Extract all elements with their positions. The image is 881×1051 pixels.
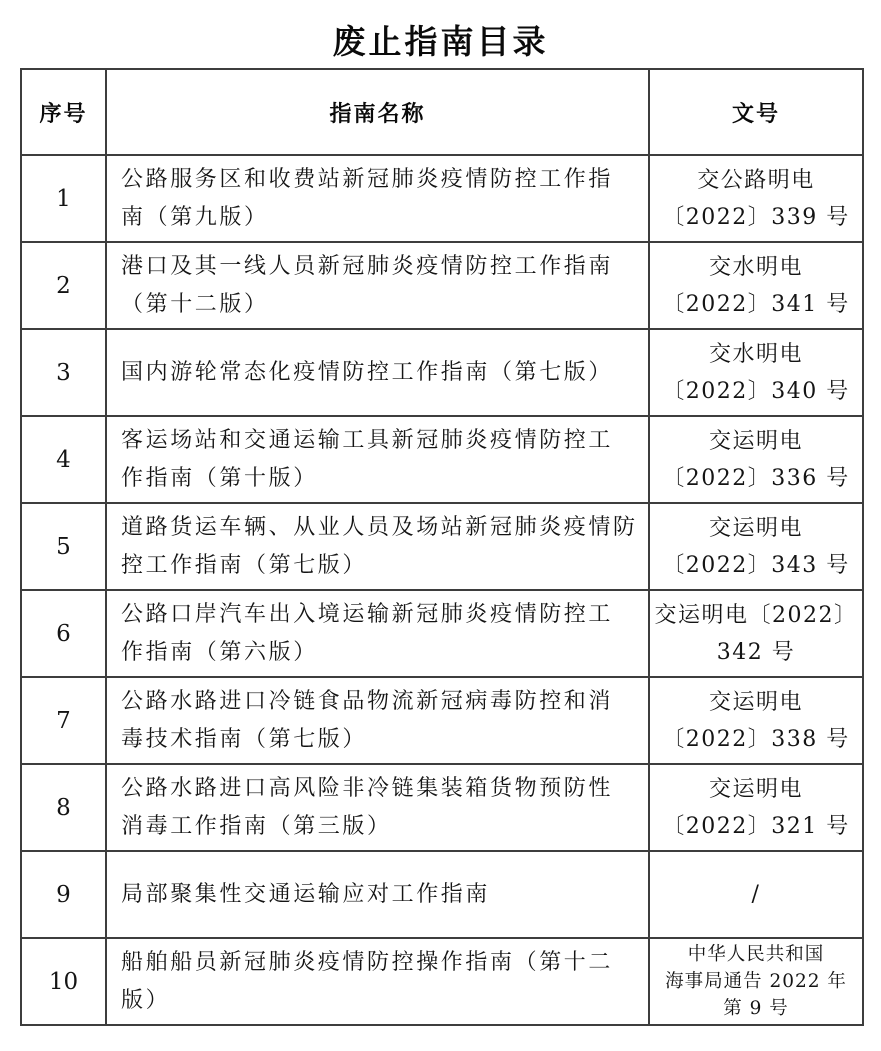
serial-number: 2 <box>21 242 106 329</box>
table-row: 4 客运场站和交通运输工具新冠肺炎疫情防控工 作指南（第十版） 交运明电 〔20… <box>21 416 863 503</box>
serial-number: 10 <box>21 938 106 1025</box>
table-row: 9 局部聚集性交通运输应对工作指南 / <box>21 851 863 938</box>
table-row: 1 公路服务区和收费站新冠肺炎疫情防控工作指 南（第九版） 交公路明电 〔202… <box>21 155 863 242</box>
guideline-name: 公路水路进口冷链食品物流新冠病毒防控和消 毒技术指南（第七版） <box>106 677 649 764</box>
guideline-name: 公路水路进口高风险非冷链集装箱货物预防性 消毒工作指南（第三版） <box>106 764 649 851</box>
document-number: 交运明电〔2022〕 342 号 <box>649 590 863 677</box>
document-number: 交运明电 〔2022〕338 号 <box>649 677 863 764</box>
document-number: 交运明电 〔2022〕321 号 <box>649 764 863 851</box>
document-page: 废止指南目录 序号 指南名称 文号 1 公路服务区和收费站新冠肺炎疫情防控工作指… <box>0 0 881 1051</box>
header-guideline-name: 指南名称 <box>106 69 649 155</box>
table-row: 8 公路水路进口高风险非冷链集装箱货物预防性 消毒工作指南（第三版） 交运明电 … <box>21 764 863 851</box>
document-number: 交运明电 〔2022〕343 号 <box>649 503 863 590</box>
table-header-row: 序号 指南名称 文号 <box>21 69 863 155</box>
serial-number: 9 <box>21 851 106 938</box>
table-row: 2 港口及其一线人员新冠肺炎疫情防控工作指南 （第十二版） 交水明电 〔2022… <box>21 242 863 329</box>
page-title: 废止指南目录 <box>0 16 881 63</box>
document-number: 交水明电 〔2022〕341 号 <box>649 242 863 329</box>
serial-number: 3 <box>21 329 106 416</box>
guideline-name: 船舶船员新冠肺炎疫情防控操作指南（第十二 版） <box>106 938 649 1025</box>
guideline-name: 公路服务区和收费站新冠肺炎疫情防控工作指 南（第九版） <box>106 155 649 242</box>
guideline-name: 客运场站和交通运输工具新冠肺炎疫情防控工 作指南（第十版） <box>106 416 649 503</box>
document-number: 中华人民共和国 海事局通告 2022 年 第 9 号 <box>649 938 863 1025</box>
header-document-number: 文号 <box>649 69 863 155</box>
document-number: 交水明电 〔2022〕340 号 <box>649 329 863 416</box>
serial-number: 1 <box>21 155 106 242</box>
guideline-name: 港口及其一线人员新冠肺炎疫情防控工作指南 （第十二版） <box>106 242 649 329</box>
table-row: 6 公路口岸汽车出入境运输新冠肺炎疫情防控工 作指南（第六版） 交运明电〔202… <box>21 590 863 677</box>
document-number: 交公路明电 〔2022〕339 号 <box>649 155 863 242</box>
guideline-name: 国内游轮常态化疫情防控工作指南（第七版） <box>106 329 649 416</box>
repealed-guidelines-table: 序号 指南名称 文号 1 公路服务区和收费站新冠肺炎疫情防控工作指 南（第九版）… <box>20 68 864 1026</box>
header-serial-number: 序号 <box>21 69 106 155</box>
table-row: 5 道路货运车辆、从业人员及场站新冠肺炎疫情防 控工作指南（第七版） 交运明电 … <box>21 503 863 590</box>
serial-number: 4 <box>21 416 106 503</box>
serial-number: 6 <box>21 590 106 677</box>
document-number: / <box>649 851 863 938</box>
serial-number: 8 <box>21 764 106 851</box>
guideline-name: 局部聚集性交通运输应对工作指南 <box>106 851 649 938</box>
table-row: 10 船舶船员新冠肺炎疫情防控操作指南（第十二 版） 中华人民共和国 海事局通告… <box>21 938 863 1025</box>
guideline-name: 公路口岸汽车出入境运输新冠肺炎疫情防控工 作指南（第六版） <box>106 590 649 677</box>
document-number: 交运明电 〔2022〕336 号 <box>649 416 863 503</box>
serial-number: 7 <box>21 677 106 764</box>
serial-number: 5 <box>21 503 106 590</box>
table-row: 3 国内游轮常态化疫情防控工作指南（第七版） 交水明电 〔2022〕340 号 <box>21 329 863 416</box>
guideline-name: 道路货运车辆、从业人员及场站新冠肺炎疫情防 控工作指南（第七版） <box>106 503 649 590</box>
table-row: 7 公路水路进口冷链食品物流新冠病毒防控和消 毒技术指南（第七版） 交运明电 〔… <box>21 677 863 764</box>
